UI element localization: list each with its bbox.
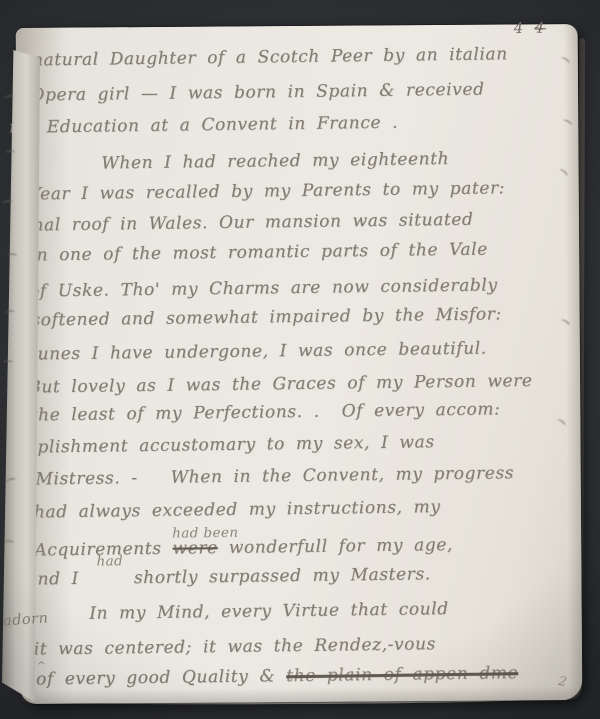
- photo-frame: 44 natural Daughter of a Scotch Peer by …: [0, 0, 600, 719]
- manuscript-line: of every good Quality & the plain of app…: [36, 661, 518, 691]
- manuscript-line: When I had reached my eighteenth: [101, 147, 449, 176]
- manuscript-line: and I shortly surpassed my Masters.: [27, 562, 431, 591]
- manuscript-line: of Uske. Tho' my Charms are now consider…: [29, 273, 498, 303]
- manuscript-line: softened and somewhat impaired by the Mi…: [31, 302, 502, 332]
- margin-insertion-adorn: adorn: [2, 610, 48, 629]
- page-number-current: 4: [514, 19, 526, 37]
- manuscript-line: Opera girl — I was born in Spain & recei…: [30, 78, 484, 108]
- struck-text: were: [172, 538, 217, 559]
- manuscript-line: But lovely as I was the Graces of my Per…: [28, 369, 533, 400]
- facing-page-edge: [2, 50, 40, 702]
- struck-text: the plain of appen dme: [286, 663, 518, 686]
- manuscript-line: my Education at a Convent in France .: [9, 111, 398, 140]
- corner-mark: 2: [557, 674, 568, 690]
- handwriting-layer: 44 natural Daughter of a Scotch Peer by …: [14, 22, 585, 705]
- manuscript-line: In my Mind, every Virtue that could: [89, 597, 449, 626]
- page-number-struck: 4: [533, 18, 546, 37]
- manuscript-line: had always exceeded my instructions, my: [34, 495, 441, 524]
- manuscript-line: :plishment accustomary to my sex, I was: [31, 430, 435, 459]
- manuscript-line: the least of my Perfections. . Of every …: [30, 397, 500, 427]
- manuscript-page: 44 natural Daughter of a Scotch Peer by …: [16, 24, 583, 704]
- manuscript-line: :tunes I have undergone, I was once beau…: [24, 337, 487, 367]
- manuscript-line: Year I was recalled by my Parents to my …: [30, 176, 506, 206]
- manuscript-line: natural Daughter of a Scotch Peer by an …: [32, 42, 508, 72]
- manuscript-line: in one of the most romantic parts of the…: [30, 238, 488, 268]
- page-number: 44: [514, 19, 546, 37]
- manuscript-line: :nal roof in Wales. Our mansion was situ…: [26, 208, 474, 238]
- manuscript-line: Mistress. - When in the Convent, my prog…: [35, 461, 514, 491]
- manuscript-line: it was centered; it was the Rendez,-vous: [34, 632, 436, 661]
